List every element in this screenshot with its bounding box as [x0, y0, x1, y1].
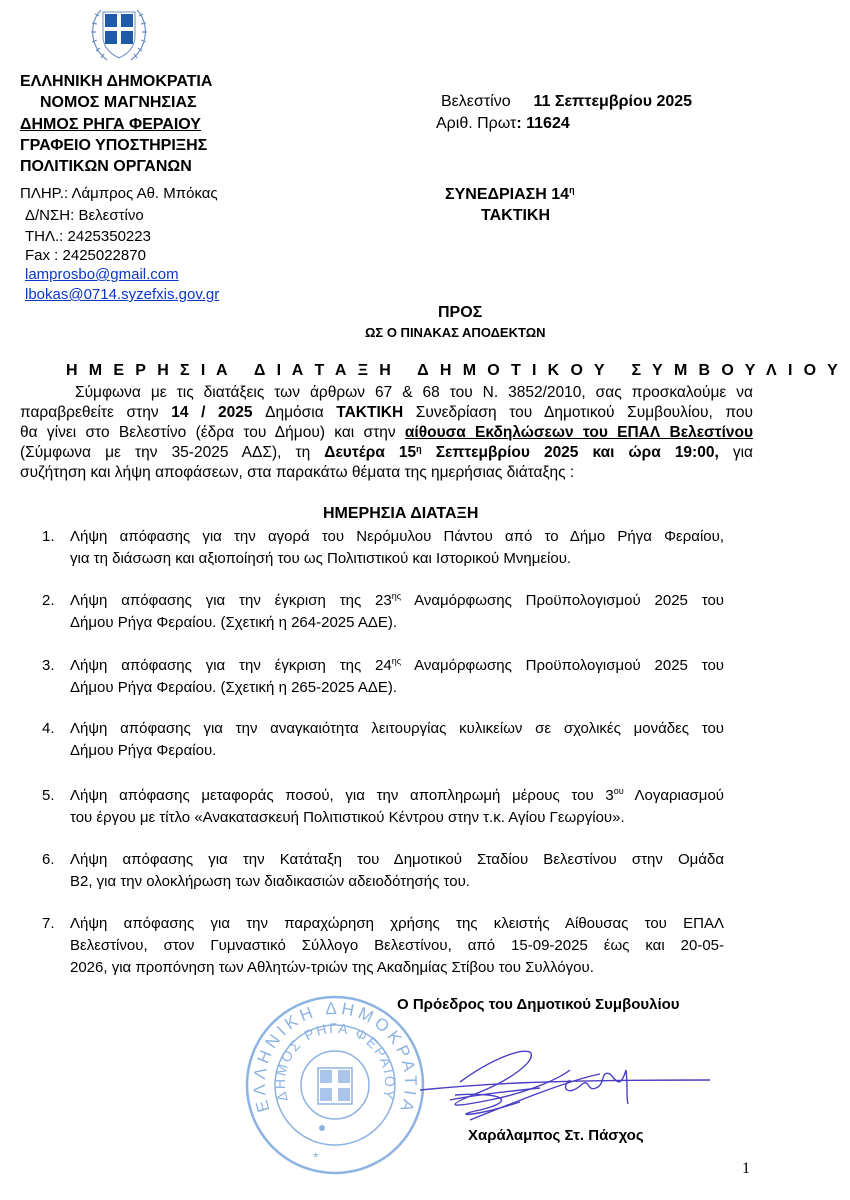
agenda-item-line: Λήψη απόφασης μεταφοράς ποσού, για την α…: [70, 785, 724, 807]
agenda-item-line: Λήψη απόφασης για την αναγκαιότητα λειτο…: [70, 718, 724, 740]
intro-line-2: παραβρεθείτε στην 14 / 2025 Δημόσια ΤΑΚΤ…: [20, 403, 753, 423]
agenda-heading: ΗΜΕΡΗΣΙΑ ΔΙΑΤΑΞΗ: [323, 505, 478, 523]
agenda-item-line: Λήψη απόφασης για την έγκριση της 23ης Α…: [70, 590, 724, 612]
agenda-item-line: Βελεστίνου, στον Γυμναστικό Σύλλογο Βελε…: [70, 935, 724, 957]
agenda-item-number: 3.: [42, 657, 55, 674]
to-label: ΠΡΟΣ: [438, 302, 482, 324]
agenda-item-line: Λήψη απόφασης για την παραχώρηση χρήσης …: [70, 913, 724, 935]
venue: αίθουσα Εκδηλώσεων του ΕΠΑΛ Βελεστίνου: [405, 424, 753, 441]
agenda-item-line: Β2, για την ολοκλήρωση των διαδικασιών α…: [70, 871, 724, 893]
agenda-item-number: 6.: [42, 851, 55, 868]
agenda-item-number: 5.: [42, 787, 55, 804]
agenda-item-line: Δήμου Ρήγα Φεραίου. (Σχετική η 264-2025 …: [70, 612, 724, 634]
protocol-number: : 11624: [516, 115, 569, 132]
email-link-syzefxis[interactable]: lbokas@0714.syzefxis.gov.gr: [25, 285, 219, 305]
email-link-gmail[interactable]: lamprosbo@gmail.com: [25, 265, 179, 285]
agenda-item: Λήψη απόφασης για την παραχώρηση χρήσης …: [70, 913, 724, 979]
org-line-office-2: ΠΟΛΙΤΙΚΩΝ ΟΡΓΑΝΩΝ: [20, 156, 192, 178]
to-recipients: ΩΣ Ο ΠΙΝΑΚΑΣ ΑΠΟΔΕΚΤΩΝ: [365, 325, 546, 340]
intro-line-3: θα γίνει στο Βελεστίνο (έδρα του Δήμου) …: [20, 423, 753, 443]
contact-address: Δ/ΝΣΗ: Βελεστίνο: [25, 206, 144, 226]
date-line: Βελεστίνο 11 Σεπτεμβρίου 2025: [441, 93, 692, 111]
signature-role: Ο Πρόεδρος του Δημοτικού Συμβουλίου: [397, 996, 680, 1013]
place: Βελεστίνο: [441, 93, 511, 110]
protocol-label: Αριθ. Πρωτ: [436, 115, 516, 132]
document-title: Η Μ Ε Ρ Η Σ Ι Α Δ Ι Α Τ Α Ξ Η Δ Η Μ Ο Τ …: [66, 362, 841, 380]
agenda-item-number: 4.: [42, 720, 55, 737]
stamp-icon: ΕΛΛΗΝΙΚΗ ΔΗΜΟΚΡΑΤΙΑ ΔΗΜΟΣ ΡΗΓΑ ΦΕΡΑΙΟΥ *: [240, 990, 430, 1180]
intro-line-4: (Σύμφωνα με την 35-2025 ΑΔΣ), τη Δευτέρα…: [20, 443, 753, 463]
municipal-stamp: ΕΛΛΗΝΙΚΗ ΔΗΜΟΚΡΑΤΙΑ ΔΗΜΟΣ ΡΗΓΑ ΦΕΡΑΙΟΥ *: [240, 990, 430, 1180]
agenda-item: Λήψη απόφασης για την Κατάταξη του Δημοτ…: [70, 849, 724, 893]
signatory-name: Χαράλαμπος Στ. Πάσχος: [468, 1127, 644, 1144]
signature-scribble: [420, 1040, 720, 1130]
agenda-item: Λήψη απόφασης για την αγορά του Νερόμυλο…: [70, 526, 724, 570]
agenda-item-line: 2026, για προπόνηση των Αθλητών-τριών τη…: [70, 957, 724, 979]
agenda-item: Λήψη απόφασης για την έγκριση της 23ης Α…: [70, 590, 724, 634]
agenda-item: Λήψη απόφασης για την αναγκαιότητα λειτο…: [70, 718, 724, 762]
session-number: ΣΥΝΕΔΡΙΑΣΗ 14η: [445, 184, 575, 206]
contact-fax: Fax : 2425022870: [25, 246, 146, 266]
agenda-item: Λήψη απόφασης για την έγκριση της 24ης Α…: [70, 655, 724, 699]
contact-phone: ΤΗΛ.: 2425350223: [25, 227, 151, 247]
session-sup: η: [569, 185, 575, 195]
session-type: ΤΑΚΤΙΚΗ: [481, 205, 550, 227]
org-line-republic: ΕΛΛΗΝΙΚΗ ΔΗΜΟΚΡΑΤΙΑ: [20, 71, 212, 93]
intro-paragraph: Σύμφωνα με τις διατάξεις των άρθρων 67 &…: [20, 383, 753, 483]
org-line-prefecture: ΝΟΜΟΣ ΜΑΓΝΗΣΙΑΣ: [40, 92, 197, 114]
org-line-municipality: ΔΗΜΟΣ ΡΗΓΑ ΦΕΡΑΙΟΥ: [20, 114, 201, 136]
agenda-item-number: 1.: [42, 528, 55, 545]
protocol-line: Αριθ. Πρωτ: 11624: [436, 115, 570, 133]
svg-text:*: *: [313, 1149, 319, 1165]
contact-info-by: ΠΛΗΡ.: Λάμπρος Αθ. Μπόκας: [20, 184, 218, 204]
agenda-item-number: 2.: [42, 592, 55, 609]
agenda-item-line: Δήμου Ρήγα Φεραίου.: [70, 740, 724, 762]
page-number: 1: [742, 1160, 750, 1178]
session-label: ΣΥΝΕΔΡΙΑΣΗ 14: [445, 186, 569, 203]
agenda-item: Λήψη απόφασης μεταφοράς ποσού, για την α…: [70, 785, 724, 829]
agenda-item-line: Δήμου Ρήγα Φεραίου. (Σχετική η 265-2025 …: [70, 677, 724, 699]
handwritten-signature-icon: [420, 1040, 720, 1130]
agenda-item-line: Λήψη απόφασης για την Κατάταξη του Δημοτ…: [70, 849, 724, 871]
intro-line-1: Σύμφωνα με τις διατάξεις των άρθρων 67 &…: [20, 383, 753, 403]
coat-of-arms-icon: [67, 0, 171, 68]
org-line-office: ΓΡΑΦΕΙΟ ΥΠΟΣΤΗΡΙΞΗΣ: [20, 135, 207, 157]
intro-line-5: συζήτηση και λήψη αποφάσεων, στα παρακάτ…: [20, 463, 753, 483]
agenda-item-line: για τη διάσωση και αξιοποίησή του ως Πολ…: [70, 548, 724, 570]
greek-coat-of-arms-logo: [67, 0, 171, 68]
agenda-item-line: Λήψη απόφασης για την αγορά του Νερόμυλο…: [70, 526, 724, 548]
agenda-item-number: 7.: [42, 915, 55, 932]
agenda-item-line: του έργου με τίτλο «Ανακατασκευή Πολιτισ…: [70, 807, 724, 829]
document-date: 11 Σεπτεμβρίου 2025: [534, 93, 693, 110]
agenda-item-line: Λήψη απόφασης για την έγκριση της 24ης Α…: [70, 655, 724, 677]
